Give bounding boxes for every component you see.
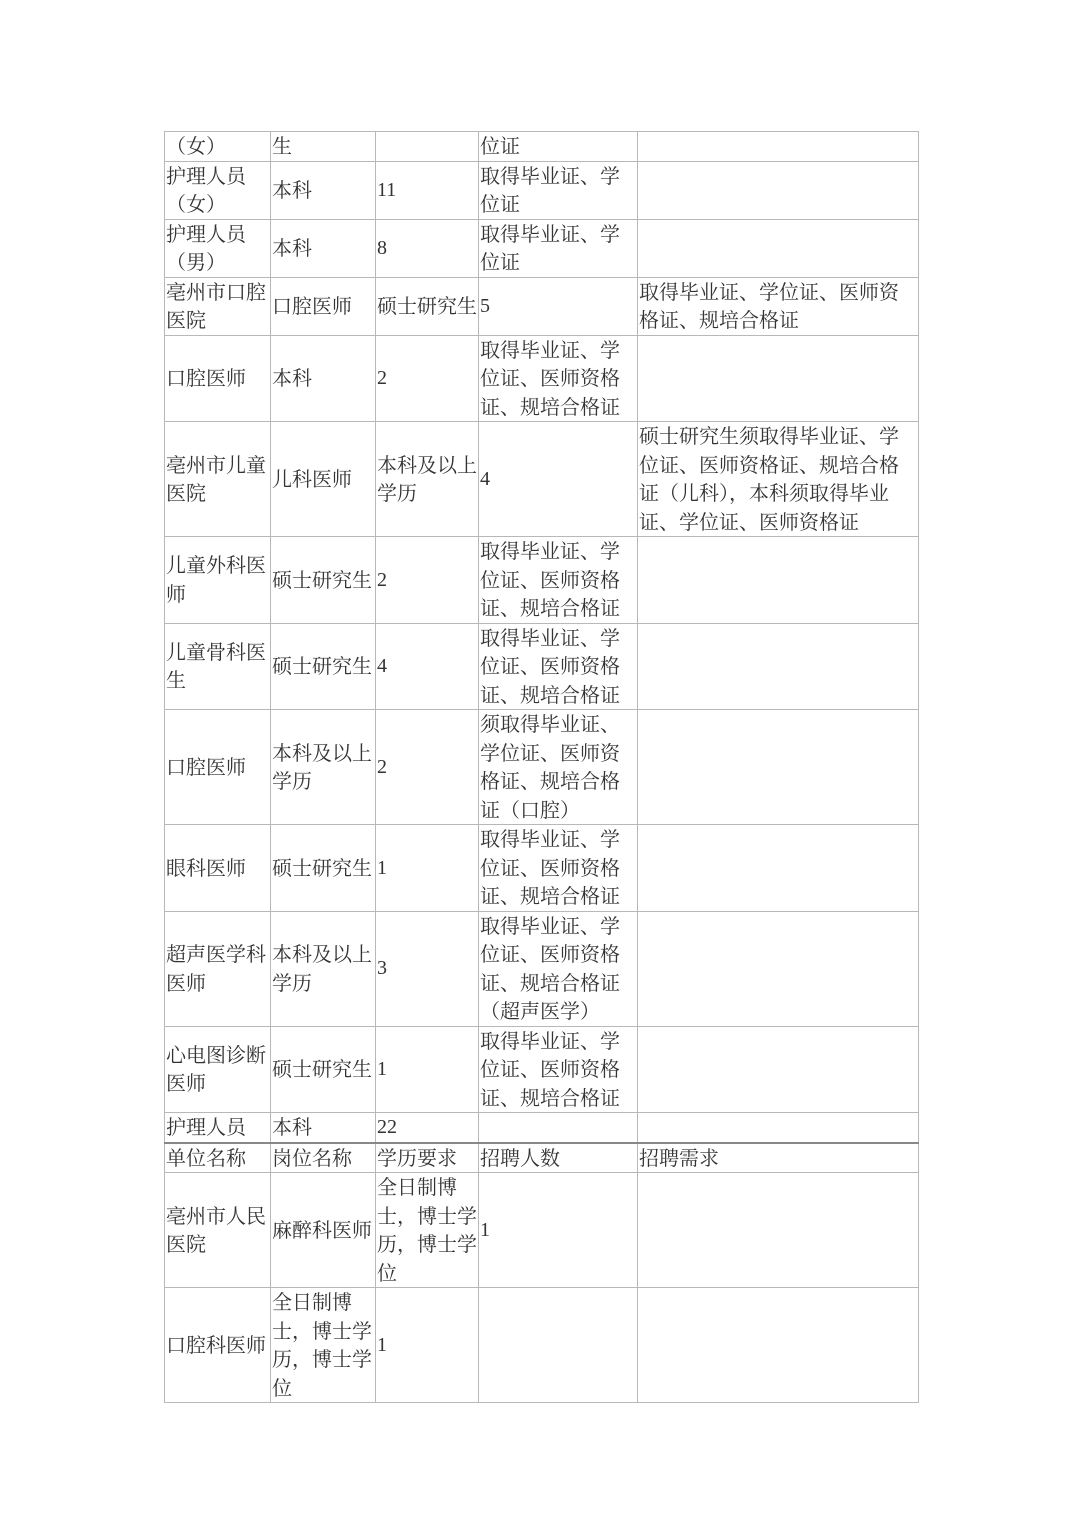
cell-position: 本科 — [271, 161, 376, 219]
table-row: 护理人员（男） 本科 8 取得毕业证、学位证 — [165, 219, 919, 277]
cell-requirement — [638, 335, 919, 422]
cell-requirement: 硕士研究生须取得毕业证、学位证、医师资格证、规培合格证（儿科），本科须取得毕业证… — [638, 422, 919, 537]
cell-education: 2 — [376, 335, 479, 422]
cell-unit: 口腔医师 — [165, 710, 271, 825]
cell-education: 8 — [376, 219, 479, 277]
cell-requirement — [638, 710, 919, 825]
cell-position: 本科 — [271, 1113, 376, 1143]
cell-requirement — [638, 161, 919, 219]
cell-count: 取得毕业证、学位证 — [479, 161, 638, 219]
cell-unit: 亳州市口腔医院 — [165, 277, 271, 335]
cell-unit: 单位名称 — [165, 1143, 271, 1173]
cell-education: 1 — [376, 1288, 479, 1403]
cell-unit: 亳州市儿童医院 — [165, 422, 271, 537]
table-row: 口腔医师 本科 2 取得毕业证、学位证、医师资格证、规培合格证 — [165, 335, 919, 422]
cell-requirement — [638, 1173, 919, 1288]
table-row: 护理人员 本科 22 — [165, 1113, 919, 1143]
table-row: 护理人员（女） 本科 11 取得毕业证、学位证 — [165, 161, 919, 219]
cell-position: 全日制博士，博士学历，博士学位 — [271, 1288, 376, 1403]
cell-count: 取得毕业证、学位证、医师资格证、规培合格证 — [479, 623, 638, 710]
cell-unit: 护理人员（女） — [165, 161, 271, 219]
cell-education: 学历要求 — [376, 1143, 479, 1173]
cell-education: 22 — [376, 1113, 479, 1143]
table-row: 心电图诊断医师 硕士研究生 1 取得毕业证、学位证、医师资格证、规培合格证 — [165, 1026, 919, 1113]
cell-unit: 护理人员（男） — [165, 219, 271, 277]
cell-requirement — [638, 1288, 919, 1403]
cell-unit: 口腔医师 — [165, 335, 271, 422]
cell-requirement — [638, 537, 919, 624]
cell-position: 硕士研究生 — [271, 537, 376, 624]
cell-position: 岗位名称 — [271, 1143, 376, 1173]
cell-count: 招聘人数 — [479, 1143, 638, 1173]
cell-count: 取得毕业证、学位证、医师资格证、规培合格证 — [479, 537, 638, 624]
cell-position: 本科 — [271, 219, 376, 277]
cell-unit: 眼科医师 — [165, 825, 271, 912]
cell-education: 1 — [376, 825, 479, 912]
cell-unit: 心电图诊断医师 — [165, 1026, 271, 1113]
cell-education: 3 — [376, 911, 479, 1026]
cell-count: 取得毕业证、学位证、医师资格证、规培合格证 — [479, 1026, 638, 1113]
cell-education — [376, 132, 479, 162]
table-row: 儿童骨科医生 硕士研究生 4 取得毕业证、学位证、医师资格证、规培合格证 — [165, 623, 919, 710]
recruitment-table-body: （女） 生 位证 护理人员（女） 本科 11 取得毕业证、学位证 护理人员（男）… — [165, 132, 919, 1403]
cell-requirement: 招聘需求 — [638, 1143, 919, 1173]
cell-unit: 超声医学科医师 — [165, 911, 271, 1026]
cell-position: 儿科医师 — [271, 422, 376, 537]
cell-education: 1 — [376, 1026, 479, 1113]
document-page: （女） 生 位证 护理人员（女） 本科 11 取得毕业证、学位证 护理人员（男）… — [0, 0, 1080, 1527]
cell-education: 本科及以上学历 — [376, 422, 479, 537]
cell-position: 口腔医师 — [271, 277, 376, 335]
cell-education: 2 — [376, 537, 479, 624]
cell-education: 硕士研究生 — [376, 277, 479, 335]
cell-position: 硕士研究生 — [271, 1026, 376, 1113]
cell-count: 位证 — [479, 132, 638, 162]
cell-count: 5 — [479, 277, 638, 335]
cell-unit: 护理人员 — [165, 1113, 271, 1143]
cell-requirement — [638, 623, 919, 710]
table-row: 超声医学科医师 本科及以上学历 3 取得毕业证、学位证、医师资格证、规培合格证（… — [165, 911, 919, 1026]
cell-count — [479, 1288, 638, 1403]
cell-position: 本科及以上学历 — [271, 710, 376, 825]
cell-count: 1 — [479, 1173, 638, 1288]
cell-requirement — [638, 219, 919, 277]
cell-count: 4 — [479, 422, 638, 537]
cell-unit: 儿童外科医师 — [165, 537, 271, 624]
cell-requirement — [638, 132, 919, 162]
cell-position: 本科及以上学历 — [271, 911, 376, 1026]
table-row: 亳州市人民医院 麻醉科医师 全日制博士，博士学历，博士学位 1 — [165, 1173, 919, 1288]
cell-unit: （女） — [165, 132, 271, 162]
table-row: 亳州市口腔医院 口腔医师 硕士研究生 5 取得毕业证、学位证、医师资格证、规培合… — [165, 277, 919, 335]
cell-count: 取得毕业证、学位证、医师资格证、规培合格证（超声医学） — [479, 911, 638, 1026]
cell-count: 取得毕业证、学位证、医师资格证、规培合格证 — [479, 335, 638, 422]
cell-unit: 亳州市人民医院 — [165, 1173, 271, 1288]
cell-requirement — [638, 1113, 919, 1143]
cell-count: 取得毕业证、学位证 — [479, 219, 638, 277]
table-row: 亳州市儿童医院 儿科医师 本科及以上学历 4 硕士研究生须取得毕业证、学位证、医… — [165, 422, 919, 537]
cell-position: 麻醉科医师 — [271, 1173, 376, 1288]
table-row: 儿童外科医师 硕士研究生 2 取得毕业证、学位证、医师资格证、规培合格证 — [165, 537, 919, 624]
cell-position: 硕士研究生 — [271, 623, 376, 710]
recruitment-table: （女） 生 位证 护理人员（女） 本科 11 取得毕业证、学位证 护理人员（男）… — [164, 131, 919, 1403]
table-row: 口腔医师 本科及以上学历 2 须取得毕业证、学位证、医师资格证、规培合格证（口腔… — [165, 710, 919, 825]
cell-education: 4 — [376, 623, 479, 710]
table-row: 眼科医师 硕士研究生 1 取得毕业证、学位证、医师资格证、规培合格证 — [165, 825, 919, 912]
cell-unit: 口腔科医师 — [165, 1288, 271, 1403]
cell-position: 本科 — [271, 335, 376, 422]
cell-count — [479, 1113, 638, 1143]
cell-requirement — [638, 825, 919, 912]
cell-count: 取得毕业证、学位证、医师资格证、规培合格证 — [479, 825, 638, 912]
table-header-row: 单位名称 岗位名称 学历要求 招聘人数 招聘需求 — [165, 1143, 919, 1173]
cell-position: 生 — [271, 132, 376, 162]
cell-requirement — [638, 1026, 919, 1113]
cell-count: 须取得毕业证、学位证、医师资格证、规培合格证（口腔） — [479, 710, 638, 825]
cell-requirement: 取得毕业证、学位证、医师资格证、规培合格证 — [638, 277, 919, 335]
cell-unit: 儿童骨科医生 — [165, 623, 271, 710]
table-row: （女） 生 位证 — [165, 132, 919, 162]
cell-education: 2 — [376, 710, 479, 825]
cell-education: 11 — [376, 161, 479, 219]
cell-requirement — [638, 911, 919, 1026]
table-row: 口腔科医师 全日制博士，博士学历，博士学位 1 — [165, 1288, 919, 1403]
cell-position: 硕士研究生 — [271, 825, 376, 912]
cell-education: 全日制博士，博士学历，博士学位 — [376, 1173, 479, 1288]
